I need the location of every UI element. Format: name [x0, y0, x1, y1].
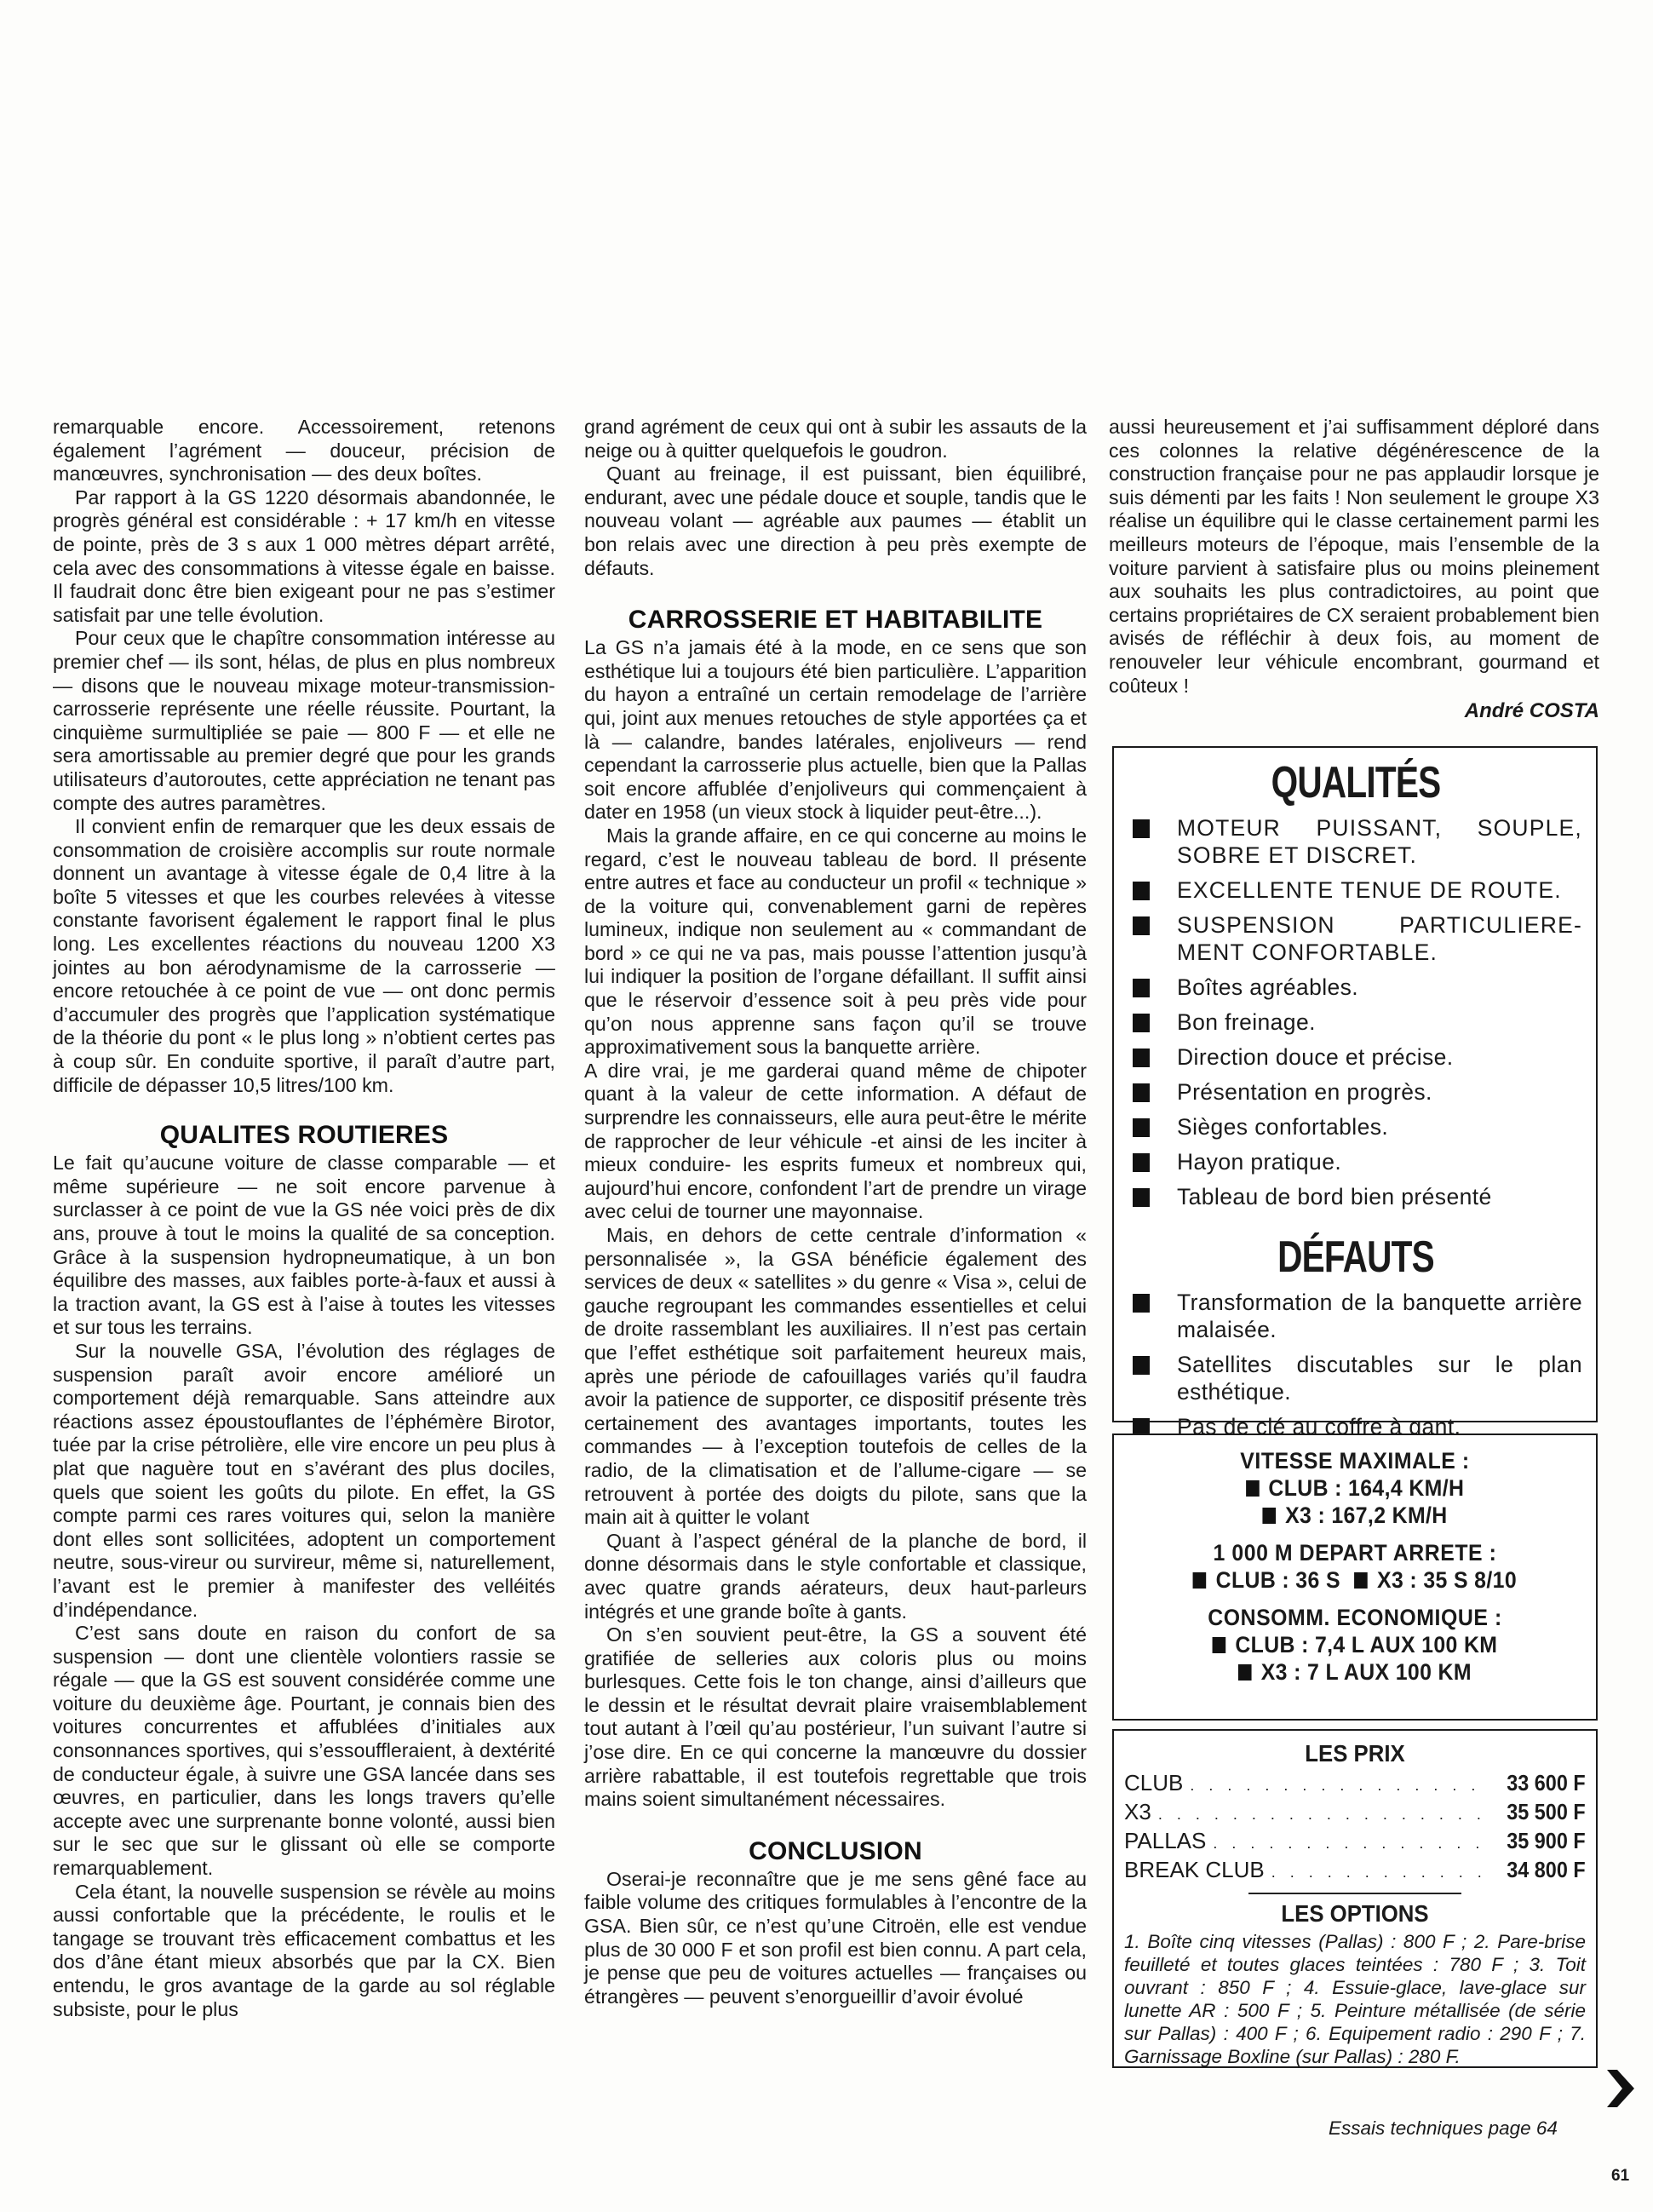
- square-bullet-icon: [1133, 819, 1150, 838]
- top-speed-heading: VITESSE MAXIMALE :: [1141, 1447, 1569, 1474]
- top-speed-group: VITESSE MAXIMALE : CLUB : 164,4 KM/H X3 …: [1122, 1447, 1587, 1529]
- page-number: 61: [1611, 2167, 1629, 2186]
- paragraph: Oserai-je reconnaître que je me sens gên…: [584, 1868, 1087, 2009]
- quality-text: Bon freinage.: [1177, 1009, 1316, 1035]
- quality-item: Hayon pratique.: [1129, 1148, 1582, 1175]
- value: CLUB : 164,4 KM/H: [1268, 1475, 1464, 1501]
- qualities-title: QUALITÉS: [1179, 756, 1533, 809]
- paragraph: A dire vrai, je me garderai quand même d…: [584, 1060, 1087, 1224]
- economy-club: CLUB : 7,4 L AUX 100 KM: [1141, 1631, 1569, 1658]
- defect-text: Transformation de la banquette arrière m…: [1177, 1290, 1582, 1342]
- value: X3 : 35 S 8/10: [1377, 1567, 1517, 1593]
- economy-heading: CONSOMM. ECONOMIQUE :: [1141, 1604, 1569, 1631]
- top-speed-x3: X3 : 167,2 KM/H: [1141, 1502, 1569, 1529]
- square-bullet-icon: [1133, 1153, 1150, 1172]
- value: X3 : 7 L AUX 100 KM: [1261, 1659, 1472, 1685]
- paragraph: Le fait qu’aucune voiture de classe comp…: [53, 1152, 555, 1340]
- paragraph: Il convient enfin de remarquer que les d…: [53, 815, 555, 1097]
- performance-box: VITESSE MAXIMALE : CLUB : 164,4 KM/H X3 …: [1112, 1433, 1598, 1721]
- chevron-right-arrow-icon: [1605, 2068, 1636, 2109]
- quality-item: Bon freinage.: [1129, 1008, 1582, 1036]
- article-column-right: aussi heureusement et j’ai suffisamment …: [1109, 416, 1599, 723]
- section-heading-qualites-routieres: QUALITES ROUTIERES: [53, 1121, 555, 1150]
- paragraph: aussi heureusement et j’ai suffisamment …: [1109, 416, 1599, 698]
- paragraph: Mais la grande affaire, en ce qui concer…: [584, 824, 1087, 1060]
- model-name: PALLAS: [1124, 1828, 1206, 1854]
- standing-km-heading: 1 000 M DEPART ARRETE :: [1141, 1539, 1569, 1566]
- quality-text: Hayon pratique.: [1177, 1149, 1341, 1175]
- paragraph: Sur la nouvelle GSA, l’évolution des rég…: [53, 1340, 555, 1622]
- square-bullet-icon: [1213, 1637, 1226, 1653]
- square-bullet-icon: [1133, 1083, 1150, 1102]
- square-bullet-icon: [1246, 1480, 1260, 1497]
- model-price: 35 900 F: [1507, 1828, 1586, 1854]
- model-name: X3: [1124, 1799, 1151, 1825]
- model-price: 35 500 F: [1507, 1799, 1586, 1825]
- quality-text: Présentation en progrès.: [1177, 1079, 1432, 1105]
- square-bullet-icon: [1133, 1188, 1150, 1207]
- quality-text: Sièges confortables.: [1177, 1114, 1388, 1140]
- paragraph: La GS n’a jamais été à la mode, en ce se…: [584, 636, 1087, 824]
- quality-item: EXCELLENTE TENUE DE ROUTE.: [1129, 876, 1582, 904]
- value: CLUB : 7,4 L AUX 100 KM: [1235, 1632, 1497, 1658]
- quality-item: MOTEUR PUISSANT, SOUPLE, SOBRE ET DISCRE…: [1129, 814, 1582, 869]
- continued-note: Essais techniques page 64: [1329, 2117, 1558, 2140]
- price-row: PALLAS . . . . . . . . . . . . . . . . .…: [1124, 1828, 1586, 1857]
- defect-item: Satellites discutables sur le plan esthé…: [1129, 1351, 1582, 1405]
- leader-dots: . . . . . . . . . . . . . . . . . . . . …: [1271, 1859, 1492, 1886]
- square-bullet-icon: [1133, 882, 1150, 900]
- paragraph: Quant à l’aspect général de la planche d…: [584, 1530, 1087, 1623]
- square-bullet-icon: [1133, 1049, 1150, 1067]
- defect-item: Transformation de la banquette arrière m…: [1129, 1289, 1582, 1343]
- article-column-left: remarquable encore. Accessoirement, rete…: [53, 416, 555, 2021]
- quality-text: SUSPENSION PARTICULIERE-MENT CONFORTABLE…: [1177, 912, 1582, 965]
- square-bullet-icon: [1133, 1118, 1150, 1137]
- options-text: 1. Boîte cinq vitesses (Pallas) : 800 F …: [1124, 1930, 1586, 2068]
- prices-title: LES PRIX: [1143, 1739, 1568, 1768]
- quality-text: EXCELLENTE TENUE DE ROUTE.: [1177, 877, 1562, 903]
- quality-item: Boîtes agréables.: [1129, 974, 1582, 1001]
- quality-text: Tableau de bord bien présenté: [1177, 1184, 1492, 1209]
- quality-item: Présentation en progrès.: [1129, 1078, 1582, 1106]
- author-signature: André COSTA: [1109, 699, 1599, 723]
- paragraph: grand agrément de ceux qui ont à subir l…: [584, 416, 1087, 463]
- square-bullet-icon: [1193, 1572, 1207, 1589]
- qualities-list: MOTEUR PUISSANT, SOUPLE, SOBRE ET DISCRE…: [1129, 814, 1582, 1210]
- paragraph: C’est sans doute en raison du confort de…: [53, 1622, 555, 1881]
- options-title: LES OPTIONS: [1143, 1899, 1568, 1928]
- square-bullet-icon: [1133, 1014, 1150, 1032]
- prices-box: LES PRIX CLUB . . . . . . . . . . . . . …: [1112, 1729, 1598, 2068]
- square-bullet-icon: [1133, 979, 1150, 997]
- quality-text: Boîtes agréables.: [1177, 974, 1358, 1000]
- paragraph: Mais, en dehors de cette centrale d’info…: [584, 1224, 1087, 1530]
- defects-title: DÉFAUTS: [1179, 1231, 1533, 1284]
- standing-km-group: 1 000 M DEPART ARRETE : CLUB : 36 S X3 :…: [1122, 1539, 1587, 1594]
- economy-x3: X3 : 7 L AUX 100 KM: [1141, 1658, 1569, 1686]
- square-bullet-icon: [1354, 1572, 1368, 1589]
- price-row: BREAK CLUB . . . . . . . . . . . . . . .…: [1124, 1857, 1586, 1886]
- model-name: BREAK CLUB: [1124, 1857, 1265, 1883]
- value: X3 : 167,2 KM/H: [1285, 1502, 1448, 1528]
- quality-item: Direction douce et précise.: [1129, 1043, 1582, 1071]
- square-bullet-icon: [1133, 1356, 1150, 1375]
- qualities-defects-box: QUALITÉS MOTEUR PUISSANT, SOUPLE, SOBRE …: [1112, 746, 1598, 1422]
- paragraph: Cela étant, la nouvelle suspension se ré…: [53, 1881, 555, 2022]
- leader-dots: . . . . . . . . . . . . . . . . . . . . …: [1158, 1801, 1492, 1828]
- article-column-middle: grand agrément de ceux qui ont à subir l…: [584, 416, 1087, 2008]
- paragraph: On s’en souvient peut-être, la GS a souv…: [584, 1623, 1087, 1812]
- paragraph: Pour ceux que le chapître consommation i…: [53, 627, 555, 815]
- square-bullet-icon: [1262, 1508, 1276, 1524]
- price-row: X3 . . . . . . . . . . . . . . . . . . .…: [1124, 1799, 1586, 1828]
- defect-text: Satellites discutables sur le plan esthé…: [1177, 1352, 1582, 1405]
- top-speed-club: CLUB : 164,4 KM/H: [1141, 1474, 1569, 1502]
- model-price: 33 600 F: [1507, 1770, 1586, 1796]
- paragraph: Quant au freinage, il est puissant, bien…: [584, 463, 1087, 580]
- quality-text: Direction douce et précise.: [1177, 1044, 1454, 1070]
- quality-item: Tableau de bord bien présenté: [1129, 1183, 1582, 1210]
- economy-group: CONSOMM. ECONOMIQUE : CLUB : 7,4 L AUX 1…: [1122, 1604, 1587, 1686]
- leader-dots: . . . . . . . . . . . . . . . . . . . . …: [1190, 1772, 1491, 1799]
- value: CLUB : 36 S: [1216, 1567, 1340, 1593]
- price-row: CLUB . . . . . . . . . . . . . . . . . .…: [1124, 1770, 1586, 1799]
- section-heading-carrosserie: CARROSSERIE ET HABITABILITE: [584, 606, 1087, 635]
- square-bullet-icon: [1238, 1664, 1252, 1681]
- paragraph: remarquable encore. Accessoirement, rete…: [53, 416, 555, 486]
- defects-list: Transformation de la banquette arrière m…: [1129, 1289, 1582, 1440]
- quality-item: SUSPENSION PARTICULIERE-MENT CONFORTABLE…: [1129, 911, 1582, 966]
- paragraph: Par rapport à la GS 1220 désormais aband…: [53, 486, 555, 628]
- standing-km-values: CLUB : 36 S X3 : 35 S 8/10: [1141, 1566, 1569, 1594]
- square-bullet-icon: [1133, 916, 1150, 935]
- divider: [1248, 1893, 1461, 1894]
- quality-text: MOTEUR PUISSANT, SOUPLE, SOBRE ET DISCRE…: [1177, 815, 1582, 868]
- model-price: 34 800 F: [1507, 1857, 1586, 1883]
- section-heading-conclusion: CONCLUSION: [584, 1837, 1087, 1866]
- quality-item: Sièges confortables.: [1129, 1113, 1582, 1140]
- leader-dots: . . . . . . . . . . . . . . . . . . . . …: [1213, 1830, 1491, 1857]
- square-bullet-icon: [1133, 1294, 1150, 1313]
- model-name: CLUB: [1124, 1770, 1183, 1796]
